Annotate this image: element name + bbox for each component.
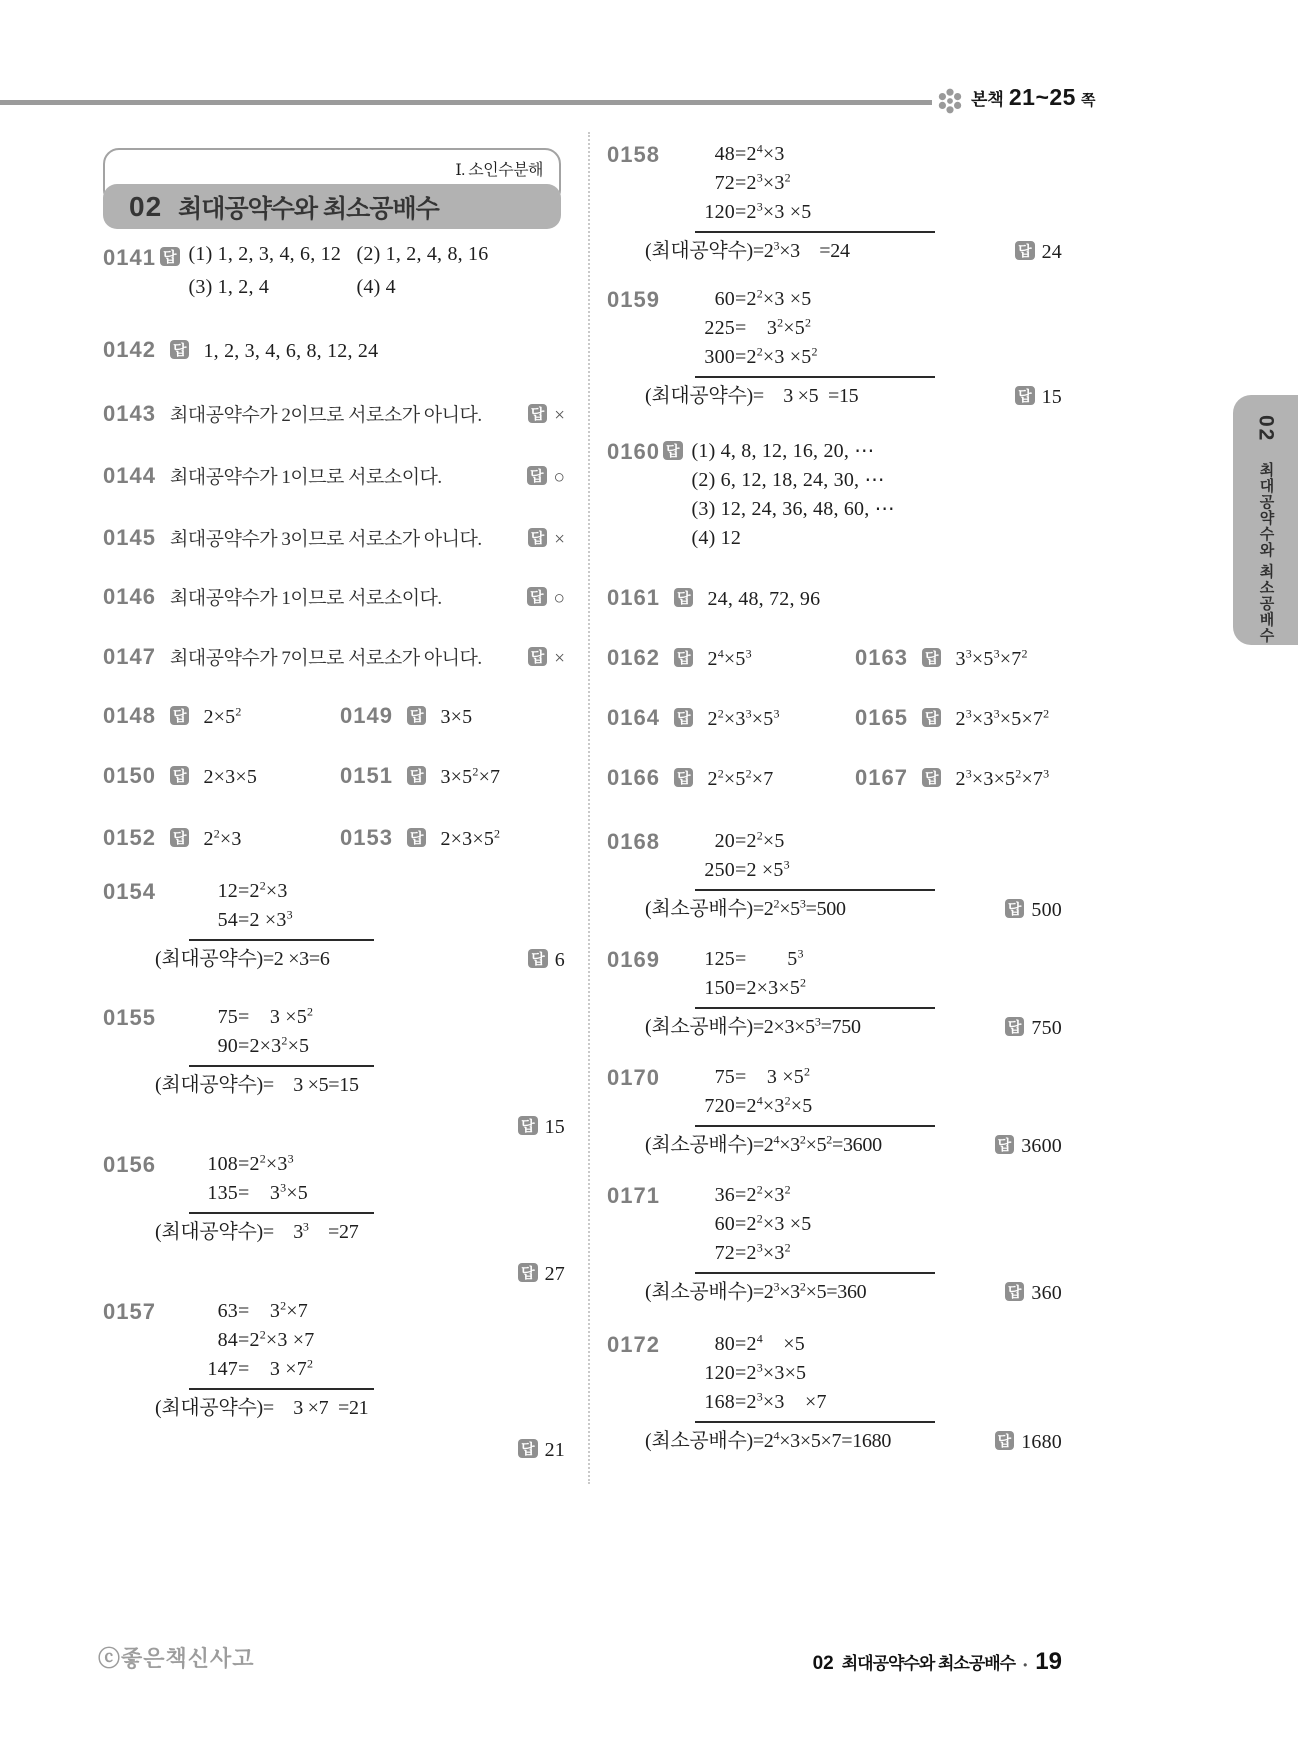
problem-number: 0145 bbox=[103, 525, 156, 551]
equation-line: 250=2 ×53 bbox=[645, 856, 925, 885]
sum-rule bbox=[189, 1212, 374, 1214]
solution-text: 최대공약수가 1이므로 서로소이다. bbox=[170, 462, 442, 489]
equation-rhs: =2×3×52 bbox=[735, 974, 806, 1003]
problem-0164: 0164 답 22×33×53 bbox=[607, 705, 780, 731]
problem-number: 0153 bbox=[340, 825, 393, 851]
worked-solution: 48=24×3 72=23×32 120=23×3 ×5 (최대공약수)=23×… bbox=[645, 140, 925, 266]
equation-lhs: 84 bbox=[200, 1326, 238, 1355]
problem-0155: 0155 75= 3 ×52 90=2×32×5 (최대공약수)= 3 ×5=1… bbox=[103, 1003, 565, 1139]
book-ref-label: 본책 bbox=[971, 85, 1004, 110]
equation-line: 72=23×32 bbox=[645, 169, 925, 198]
answer-badge: 답 bbox=[527, 587, 547, 606]
equation-rhs: =23×32 bbox=[735, 1239, 791, 1268]
problem-number: 0150 bbox=[103, 763, 156, 789]
equation-rhs: =24×32×5 bbox=[735, 1092, 812, 1121]
answer-badge: 답 bbox=[1005, 899, 1025, 918]
problem-number: 0159 bbox=[607, 287, 660, 313]
problem-number: 0158 bbox=[607, 142, 660, 168]
problem-0172: 0172 80=24 ×5 120=23×3×5 168=23×3 ×7 (최소… bbox=[607, 1330, 1062, 1456]
answer-value: 2×3×52 bbox=[440, 828, 500, 851]
problem-0156: 0156 108=22×33 135= 33×5 (최대공약수)= 33 =27… bbox=[103, 1150, 565, 1286]
equation-line: 80=24 ×5 bbox=[645, 1330, 945, 1359]
problem-0171: 0171 36=22×32 60=22×3 ×5 72=23×32 (최소공배수… bbox=[607, 1181, 1062, 1307]
equation-line: 75= 3 ×52 bbox=[645, 1063, 925, 1092]
equation-lhs: 300 bbox=[693, 343, 735, 372]
equation-lhs: 48 bbox=[693, 140, 735, 169]
problem-number: 0163 bbox=[855, 645, 908, 671]
equation-rhs: =23×32 bbox=[735, 169, 791, 198]
equation-rhs: =22×3 bbox=[238, 877, 288, 906]
footer-separator: • bbox=[1023, 1658, 1027, 1672]
chapter-number: 02 bbox=[129, 191, 162, 223]
problem-number: 0164 bbox=[607, 705, 660, 731]
sum-rule bbox=[189, 1388, 374, 1390]
equation-rhs: = 53 bbox=[735, 945, 804, 974]
answer-item: (1) 4, 8, 12, 16, 20, ⋯ bbox=[692, 437, 895, 466]
answer-badge: 답 bbox=[995, 1135, 1015, 1154]
problem-0161: 0161 답 24, 48, 72, 96 bbox=[607, 585, 820, 611]
equation-line: 150=2×3×52 bbox=[645, 974, 925, 1003]
answer-value: 24, 48, 72, 96 bbox=[707, 588, 820, 611]
equation-line: 720=24×32×5 bbox=[645, 1092, 925, 1121]
problem-number: 0171 bbox=[607, 1183, 660, 1209]
solution-text: 최대공약수가 1이므로 서로소이다. bbox=[170, 583, 442, 610]
equation-lhs: 36 bbox=[693, 1181, 735, 1210]
footer-chapter-number: 02 bbox=[813, 1653, 834, 1675]
answer-value: 22×52×7 bbox=[707, 768, 773, 791]
answer-value: 3×52×7 bbox=[440, 766, 500, 789]
problem-number: 0146 bbox=[103, 584, 156, 610]
chapter-title: 최대공약수와 최소공배수 bbox=[178, 189, 439, 225]
equation-rhs: =23×3 ×7 bbox=[735, 1388, 827, 1417]
equation-lhs: 60 bbox=[693, 1210, 735, 1239]
problem-0166: 0166 답 22×52×7 bbox=[607, 765, 773, 791]
answer-badge: 답 bbox=[527, 466, 547, 485]
problem-0154: 0154 12=22×3 54=2 ×33 (최대공약수)=2 ×3=6 답 6 bbox=[103, 877, 565, 974]
equation-line: 63= 32×7 bbox=[155, 1297, 405, 1326]
footer-page-label: 02 최대공약수와 최소공배수 • 19 bbox=[600, 1648, 1062, 1676]
worked-solution: 75= 3 ×52 720=24×32×5 (최소공배수)=24×32×52=3… bbox=[645, 1063, 925, 1160]
lcm-result: (최소공배수)=23×32×5=360 bbox=[645, 1277, 925, 1307]
sum-rule bbox=[695, 231, 935, 233]
equation-lhs: 60 bbox=[693, 285, 735, 314]
answer-badge: 답 bbox=[170, 706, 190, 725]
problem-0168: 0168 20=22×5 250=2 ×53 (최소공배수)=22×53=500… bbox=[607, 827, 1062, 924]
problem-0170: 0170 75= 3 ×52 720=24×32×5 (최소공배수)=24×32… bbox=[607, 1063, 1062, 1160]
answer-mark: 답 750 bbox=[1005, 1017, 1062, 1040]
problem-number: 0170 bbox=[607, 1065, 660, 1091]
equation-line: 168=23×3 ×7 bbox=[645, 1388, 945, 1417]
problem-number: 0142 bbox=[103, 337, 156, 363]
equation-rhs: =23×3 ×5 bbox=[735, 198, 811, 227]
answer-badge: 답 bbox=[518, 1439, 538, 1458]
side-tab: 02 최대공약수와 최소공배수 bbox=[1233, 395, 1298, 645]
problem-number: 0148 bbox=[103, 703, 156, 729]
unit-label: Ⅰ. 소인수분해 bbox=[455, 157, 543, 180]
problem-0146: 0146 최대공약수가 1이므로 서로소이다. 답 ○ bbox=[103, 583, 565, 610]
equation-lhs: 120 bbox=[693, 1359, 735, 1388]
equation-lhs: 108 bbox=[200, 1150, 238, 1179]
answer-badge: 답 bbox=[1005, 1282, 1025, 1301]
problem-0165: 0165 답 23×33×5×72 bbox=[855, 705, 1049, 731]
answer-badge: 답 bbox=[995, 1431, 1015, 1450]
problem-0144: 0144 최대공약수가 1이므로 서로소이다. 답 ○ bbox=[103, 462, 565, 489]
equation-line: 36=22×32 bbox=[645, 1181, 925, 1210]
problem-number: 0143 bbox=[103, 401, 156, 427]
problem-0150: 0150 답 2×3×5 bbox=[103, 763, 257, 789]
answer-badge: 답 bbox=[922, 708, 942, 727]
answer-badge: 답 bbox=[407, 766, 427, 785]
equation-rhs: =22×5 bbox=[735, 827, 785, 856]
worked-solution: 108=22×33 135= 33×5 (최대공약수)= 33 =27 bbox=[155, 1150, 405, 1247]
equation-lhs: 12 bbox=[200, 877, 238, 906]
answer-item: (1) 1, 2, 3, 4, 6, 12 bbox=[189, 243, 357, 266]
problem-number: 0141 bbox=[103, 245, 156, 271]
problem-number: 0161 bbox=[607, 585, 660, 611]
equation-rhs: =22×3 ×52 bbox=[735, 343, 818, 372]
equation-lhs: 250 bbox=[693, 856, 735, 885]
footer-chapter-title: 최대공약수와 최소공배수 bbox=[842, 1649, 1015, 1674]
answer-value: 500 bbox=[1031, 899, 1062, 922]
problem-number: 0162 bbox=[607, 645, 660, 671]
answer-value: 27 bbox=[545, 1263, 565, 1286]
answer-mark: 답 ○ bbox=[527, 467, 565, 489]
answer-badge: 답 bbox=[674, 768, 694, 787]
equation-lhs: 225 bbox=[693, 314, 735, 343]
problem-number: 0169 bbox=[607, 947, 660, 973]
equation-line: 12=22×3 bbox=[155, 877, 405, 906]
sum-rule bbox=[189, 1065, 374, 1067]
answer-value: 15 bbox=[545, 1116, 565, 1139]
equation-lhs: 120 bbox=[693, 198, 735, 227]
answer-value: 6 bbox=[555, 949, 565, 972]
sum-rule bbox=[695, 889, 935, 891]
answer-item: (3) 1, 2, 4 bbox=[189, 276, 357, 299]
side-tab-text: 02 최대공약수와 최소공배수 bbox=[1254, 415, 1278, 645]
equation-rhs: =22×3 ×7 bbox=[238, 1326, 314, 1355]
answer-badge: 답 bbox=[1005, 1017, 1025, 1036]
answer-value: 360 bbox=[1031, 1282, 1062, 1305]
equation-lhs: 75 bbox=[200, 1003, 238, 1032]
answer-badge: 답 bbox=[1015, 386, 1035, 405]
worked-solution: 75= 3 ×52 90=2×32×5 (최대공약수)= 3 ×5=15 bbox=[155, 1003, 405, 1100]
problem-number: 0166 bbox=[607, 765, 660, 791]
column-divider bbox=[588, 132, 590, 1484]
equation-rhs: =23×3×5 bbox=[735, 1359, 806, 1388]
problem-0163: 0163 답 33×53×72 bbox=[855, 645, 1028, 671]
equation-line: 54=2 ×33 bbox=[155, 906, 405, 935]
answer-value: 2×3×5 bbox=[203, 766, 257, 789]
equation-line: 48=24×3 bbox=[645, 140, 925, 169]
problem-number: 0167 bbox=[855, 765, 908, 791]
answer-mark: 답 15 bbox=[103, 1116, 565, 1139]
equation-rhs: = 32×52 bbox=[735, 314, 811, 343]
problem-0145: 0145 최대공약수가 3이므로 서로소가 아니다. 답 × bbox=[103, 524, 565, 551]
answer-badge: 답 bbox=[663, 441, 683, 460]
equation-line: 135= 33×5 bbox=[155, 1179, 405, 1208]
problem-0169: 0169 125= 53 150=2×3×52 (최소공배수)=2×3×53=7… bbox=[607, 945, 1062, 1042]
header-rule bbox=[0, 100, 932, 105]
answer-badge: 답 bbox=[674, 588, 694, 607]
equation-lhs: 147 bbox=[200, 1355, 238, 1384]
equation-line: 84=22×3 ×7 bbox=[155, 1326, 405, 1355]
answer-symbol: ○ bbox=[554, 467, 565, 489]
answer-value: 24 bbox=[1042, 241, 1062, 264]
equation-line: 20=22×5 bbox=[645, 827, 925, 856]
answer-badge: 답 bbox=[528, 949, 548, 968]
answer-value: 22×3 bbox=[203, 828, 241, 851]
answer-badge: 답 bbox=[170, 340, 190, 359]
book-reference: 본책 21~25 쪽 bbox=[971, 84, 1095, 111]
answer-badge: 답 bbox=[518, 1116, 538, 1135]
sum-rule bbox=[695, 1125, 935, 1127]
worked-solution: 12=22×3 54=2 ×33 (최대공약수)=2 ×3=6 bbox=[155, 877, 405, 974]
answer-value: 24×53 bbox=[707, 648, 751, 671]
answer-items: (1) 4, 8, 12, 16, 20, ⋯ (2) 6, 12, 18, 2… bbox=[692, 437, 895, 553]
equation-rhs: =22×3 ×5 bbox=[735, 285, 811, 314]
equation-rhs: = 3 ×72 bbox=[238, 1355, 313, 1384]
problem-number: 0156 bbox=[103, 1152, 156, 1178]
side-tab-title: 최대공약수와 최소공배수 bbox=[1256, 462, 1277, 643]
book-ref-pages: 21~25 bbox=[1009, 84, 1076, 111]
answer-badge: 답 bbox=[528, 528, 548, 547]
answer-badge: 답 bbox=[674, 708, 694, 727]
gcd-result: (최대공약수)= 33 =27 bbox=[155, 1217, 405, 1247]
answer-badge: 답 bbox=[674, 648, 694, 667]
solution-text: 최대공약수가 3이므로 서로소가 아니다. bbox=[170, 524, 482, 551]
answer-value: 3×5 bbox=[440, 706, 472, 729]
equation-line: 300=22×3 ×52 bbox=[645, 343, 925, 372]
problem-0152: 0152 답 22×3 bbox=[103, 825, 242, 851]
equation-line: 60=22×3 ×5 bbox=[645, 1210, 925, 1239]
worked-solution: 36=22×32 60=22×3 ×5 72=23×32 (최소공배수)=23×… bbox=[645, 1181, 925, 1307]
problem-number: 0144 bbox=[103, 463, 156, 489]
answer-mark: 답 1680 bbox=[995, 1431, 1062, 1454]
equation-rhs: =2 ×33 bbox=[238, 906, 293, 935]
answer-mark: 답 × bbox=[528, 648, 565, 670]
equation-rhs: = 3 ×52 bbox=[238, 1003, 313, 1032]
equation-line: 90=2×32×5 bbox=[155, 1032, 405, 1061]
problem-number: 0168 bbox=[607, 829, 660, 855]
sum-rule bbox=[695, 1421, 935, 1423]
gcd-result: (최대공약수)= 3 ×7 =21 bbox=[155, 1393, 405, 1423]
equation-rhs: =22×3 ×5 bbox=[735, 1210, 811, 1239]
sum-rule bbox=[189, 939, 374, 941]
answer-badge: 답 bbox=[407, 828, 427, 847]
equation-lhs: 150 bbox=[693, 974, 735, 1003]
answer-item: (3) 12, 24, 36, 48, 60, ⋯ bbox=[692, 495, 895, 524]
problem-0160: 0160 답 (1) 4, 8, 12, 16, 20, ⋯ (2) 6, 12… bbox=[607, 437, 1062, 553]
problem-number: 0160 bbox=[607, 439, 660, 465]
workbook-answer-page: { "page": { "header": { "book_ref_label"… bbox=[0, 0, 1298, 1752]
equation-line: 125= 53 bbox=[645, 945, 925, 974]
worked-solution: 60=22×3 ×5 225= 32×52 300=22×3 ×52 (최대공약… bbox=[645, 285, 925, 411]
equation-lhs: 90 bbox=[200, 1032, 238, 1061]
equation-line: 108=22×33 bbox=[155, 1150, 405, 1179]
answer-value: 22×33×53 bbox=[707, 708, 779, 731]
equation-lhs: 72 bbox=[693, 169, 735, 198]
answer-mark: 답 3600 bbox=[995, 1135, 1062, 1158]
book-ref-unit: 쪽 bbox=[1081, 89, 1096, 110]
answer-symbol: ○ bbox=[554, 588, 565, 610]
problem-number: 0151 bbox=[340, 763, 393, 789]
problem-0148: 0148 답 2×52 bbox=[103, 703, 242, 729]
equation-line: 120=23×3 ×5 bbox=[645, 198, 925, 227]
equation-lhs: 135 bbox=[200, 1179, 238, 1208]
lcm-result: (최소공배수)=24×3×5×7=1680 bbox=[645, 1426, 945, 1456]
answer-value: 1, 2, 3, 4, 6, 8, 12, 24 bbox=[203, 340, 378, 363]
answer-item: (4) 4 bbox=[357, 276, 489, 299]
answer-items: (1) 1, 2, 3, 4, 6, 12 (2) 1, 2, 4, 8, 16… bbox=[189, 243, 489, 299]
problem-number: 0154 bbox=[103, 879, 156, 905]
equation-lhs: 80 bbox=[693, 1330, 735, 1359]
answer-badge: 답 bbox=[170, 828, 190, 847]
answer-item: (2) 1, 2, 4, 8, 16 bbox=[357, 243, 489, 266]
answer-mark: 답 24 bbox=[1015, 241, 1062, 264]
problem-number: 0165 bbox=[855, 705, 908, 731]
answer-mark: 답 ○ bbox=[527, 588, 565, 610]
equation-lhs: 168 bbox=[693, 1388, 735, 1417]
answer-value: 1680 bbox=[1021, 1431, 1062, 1454]
worked-solution: 125= 53 150=2×3×52 (최소공배수)=2×3×53=750 bbox=[645, 945, 925, 1042]
equation-lhs: 720 bbox=[693, 1092, 735, 1121]
answer-badge: 답 bbox=[922, 768, 942, 787]
answer-value: 15 bbox=[1042, 386, 1062, 409]
equation-lhs: 72 bbox=[693, 1239, 735, 1268]
equation-line: 225= 32×52 bbox=[645, 314, 925, 343]
sum-rule bbox=[695, 1272, 935, 1274]
problem-0142: 0142 답 1, 2, 3, 4, 6, 8, 12, 24 bbox=[103, 337, 378, 363]
answer-mark: 답 21 bbox=[103, 1439, 565, 1462]
equation-rhs: =22×33 bbox=[238, 1150, 294, 1179]
side-tab-number: 02 bbox=[1255, 415, 1278, 442]
solution-text: 최대공약수가 2이므로 서로소가 아니다. bbox=[170, 400, 482, 427]
equation-rhs: =24×3 bbox=[735, 140, 785, 169]
problem-0141: 0141 답 (1) 1, 2, 3, 4, 6, 12 (2) 1, 2, 4… bbox=[103, 243, 565, 299]
equation-line: 72=23×32 bbox=[645, 1239, 925, 1268]
answer-symbol: × bbox=[554, 648, 565, 670]
gcd-result: (최대공약수)= 3 ×5=15 bbox=[155, 1070, 405, 1100]
worked-solution: 20=22×5 250=2 ×53 (최소공배수)=22×53=500 bbox=[645, 827, 925, 924]
publisher-logo: ⓒ좋은책신사고 bbox=[98, 1642, 255, 1673]
answer-mark: 답 × bbox=[528, 529, 565, 551]
answer-badge: 답 bbox=[170, 766, 190, 785]
problem-0151: 0151 답 3×52×7 bbox=[340, 763, 500, 789]
answer-mark: 답 500 bbox=[1005, 899, 1062, 922]
worked-solution: 80=24 ×5 120=23×3×5 168=23×3 ×7 (최소공배수)=… bbox=[645, 1330, 945, 1456]
equation-lhs: 125 bbox=[693, 945, 735, 974]
equation-rhs: = 32×7 bbox=[238, 1297, 308, 1326]
answer-value: 750 bbox=[1031, 1017, 1062, 1040]
equation-rhs: = 33×5 bbox=[238, 1179, 308, 1208]
equation-line: 75= 3 ×52 bbox=[155, 1003, 405, 1032]
answer-symbol: × bbox=[554, 405, 565, 427]
sum-rule bbox=[695, 376, 935, 378]
answer-value: 23×3×52×73 bbox=[955, 768, 1049, 791]
equation-rhs: =2 ×53 bbox=[735, 856, 790, 885]
equation-line: 60=22×3 ×5 bbox=[645, 285, 925, 314]
lcm-result: (최소공배수)=24×32×52=3600 bbox=[645, 1130, 925, 1160]
lcm-result: (최소공배수)=2×3×53=750 bbox=[645, 1012, 925, 1042]
answer-value: 21 bbox=[545, 1439, 565, 1462]
equation-rhs: =22×32 bbox=[735, 1181, 791, 1210]
problem-0153: 0153 답 2×3×52 bbox=[340, 825, 500, 851]
worked-solution: 63= 32×7 84=22×3 ×7 147= 3 ×72 (최대공약수)= … bbox=[155, 1297, 405, 1423]
problem-0162: 0162 답 24×53 bbox=[607, 645, 752, 671]
answer-item: (2) 6, 12, 18, 24, 30, ⋯ bbox=[692, 466, 895, 495]
gcd-result: (최대공약수)=2 ×3=6 bbox=[155, 944, 405, 974]
problem-number: 0149 bbox=[340, 703, 393, 729]
sum-rule bbox=[695, 1007, 935, 1009]
answer-badge: 답 bbox=[407, 706, 427, 725]
problem-number: 0157 bbox=[103, 1299, 156, 1325]
answer-mark: 답 360 bbox=[1005, 1282, 1062, 1305]
answer-item: (4) 12 bbox=[692, 524, 895, 553]
equation-rhs: = 3 ×52 bbox=[735, 1063, 810, 1092]
equation-lhs: 20 bbox=[693, 827, 735, 856]
answer-value: 3600 bbox=[1021, 1135, 1062, 1158]
answer-mark: 답 15 bbox=[1015, 386, 1062, 409]
answer-mark: 답 27 bbox=[103, 1263, 565, 1286]
flower-icon bbox=[936, 87, 964, 120]
problem-0157: 0157 63= 32×7 84=22×3 ×7 147= 3 ×72 (최대공… bbox=[103, 1297, 565, 1462]
answer-badge: 답 bbox=[528, 647, 548, 666]
problem-0147: 0147 최대공약수가 7이므로 서로소가 아니다. 답 × bbox=[103, 643, 565, 670]
problem-number: 0147 bbox=[103, 644, 156, 670]
equation-line: 147= 3 ×72 bbox=[155, 1355, 405, 1384]
problem-number: 0155 bbox=[103, 1005, 156, 1031]
answer-mark: 답 × bbox=[528, 405, 565, 427]
equation-rhs: =24 ×5 bbox=[735, 1330, 805, 1359]
lcm-result: (최소공배수)=22×53=500 bbox=[645, 894, 925, 924]
chapter-bar: 02 최대공약수와 최소공배수 bbox=[103, 184, 561, 229]
gcd-result: (최대공약수)=23×3 =24 bbox=[645, 236, 925, 266]
answer-mark: 답 6 bbox=[528, 949, 565, 972]
answer-value: 23×33×5×72 bbox=[955, 708, 1049, 731]
problem-0158: 0158 48=24×3 72=23×32 120=23×3 ×5 (최대공약수… bbox=[607, 140, 1062, 266]
answer-value: 33×53×72 bbox=[955, 648, 1027, 671]
answer-badge: 답 bbox=[1015, 241, 1035, 260]
problem-0149: 0149 답 3×5 bbox=[340, 703, 472, 729]
problem-0143: 0143 최대공약수가 2이므로 서로소가 아니다. 답 × bbox=[103, 400, 565, 427]
equation-rhs: =2×32×5 bbox=[238, 1032, 309, 1061]
answer-badge: 답 bbox=[160, 247, 180, 266]
problem-number: 0152 bbox=[103, 825, 156, 851]
problem-0167: 0167 답 23×3×52×73 bbox=[855, 765, 1049, 791]
gcd-result: (최대공약수)= 3 ×5 =15 bbox=[645, 381, 925, 411]
equation-lhs: 75 bbox=[693, 1063, 735, 1092]
answer-symbol: × bbox=[554, 529, 565, 551]
equation-lhs: 63 bbox=[200, 1297, 238, 1326]
equation-lhs: 54 bbox=[200, 906, 238, 935]
answer-badge: 답 bbox=[518, 1263, 538, 1282]
answer-value: 2×52 bbox=[203, 706, 241, 729]
page-number: 19 bbox=[1035, 1648, 1062, 1676]
problem-0159: 0159 60=22×3 ×5 225= 32×52 300=22×3 ×52 … bbox=[607, 285, 1062, 411]
solution-text: 최대공약수가 7이므로 서로소가 아니다. bbox=[170, 643, 482, 670]
equation-line: 120=23×3×5 bbox=[645, 1359, 945, 1388]
problem-number: 0172 bbox=[607, 1332, 660, 1358]
answer-badge: 답 bbox=[528, 404, 548, 423]
answer-badge: 답 bbox=[922, 648, 942, 667]
